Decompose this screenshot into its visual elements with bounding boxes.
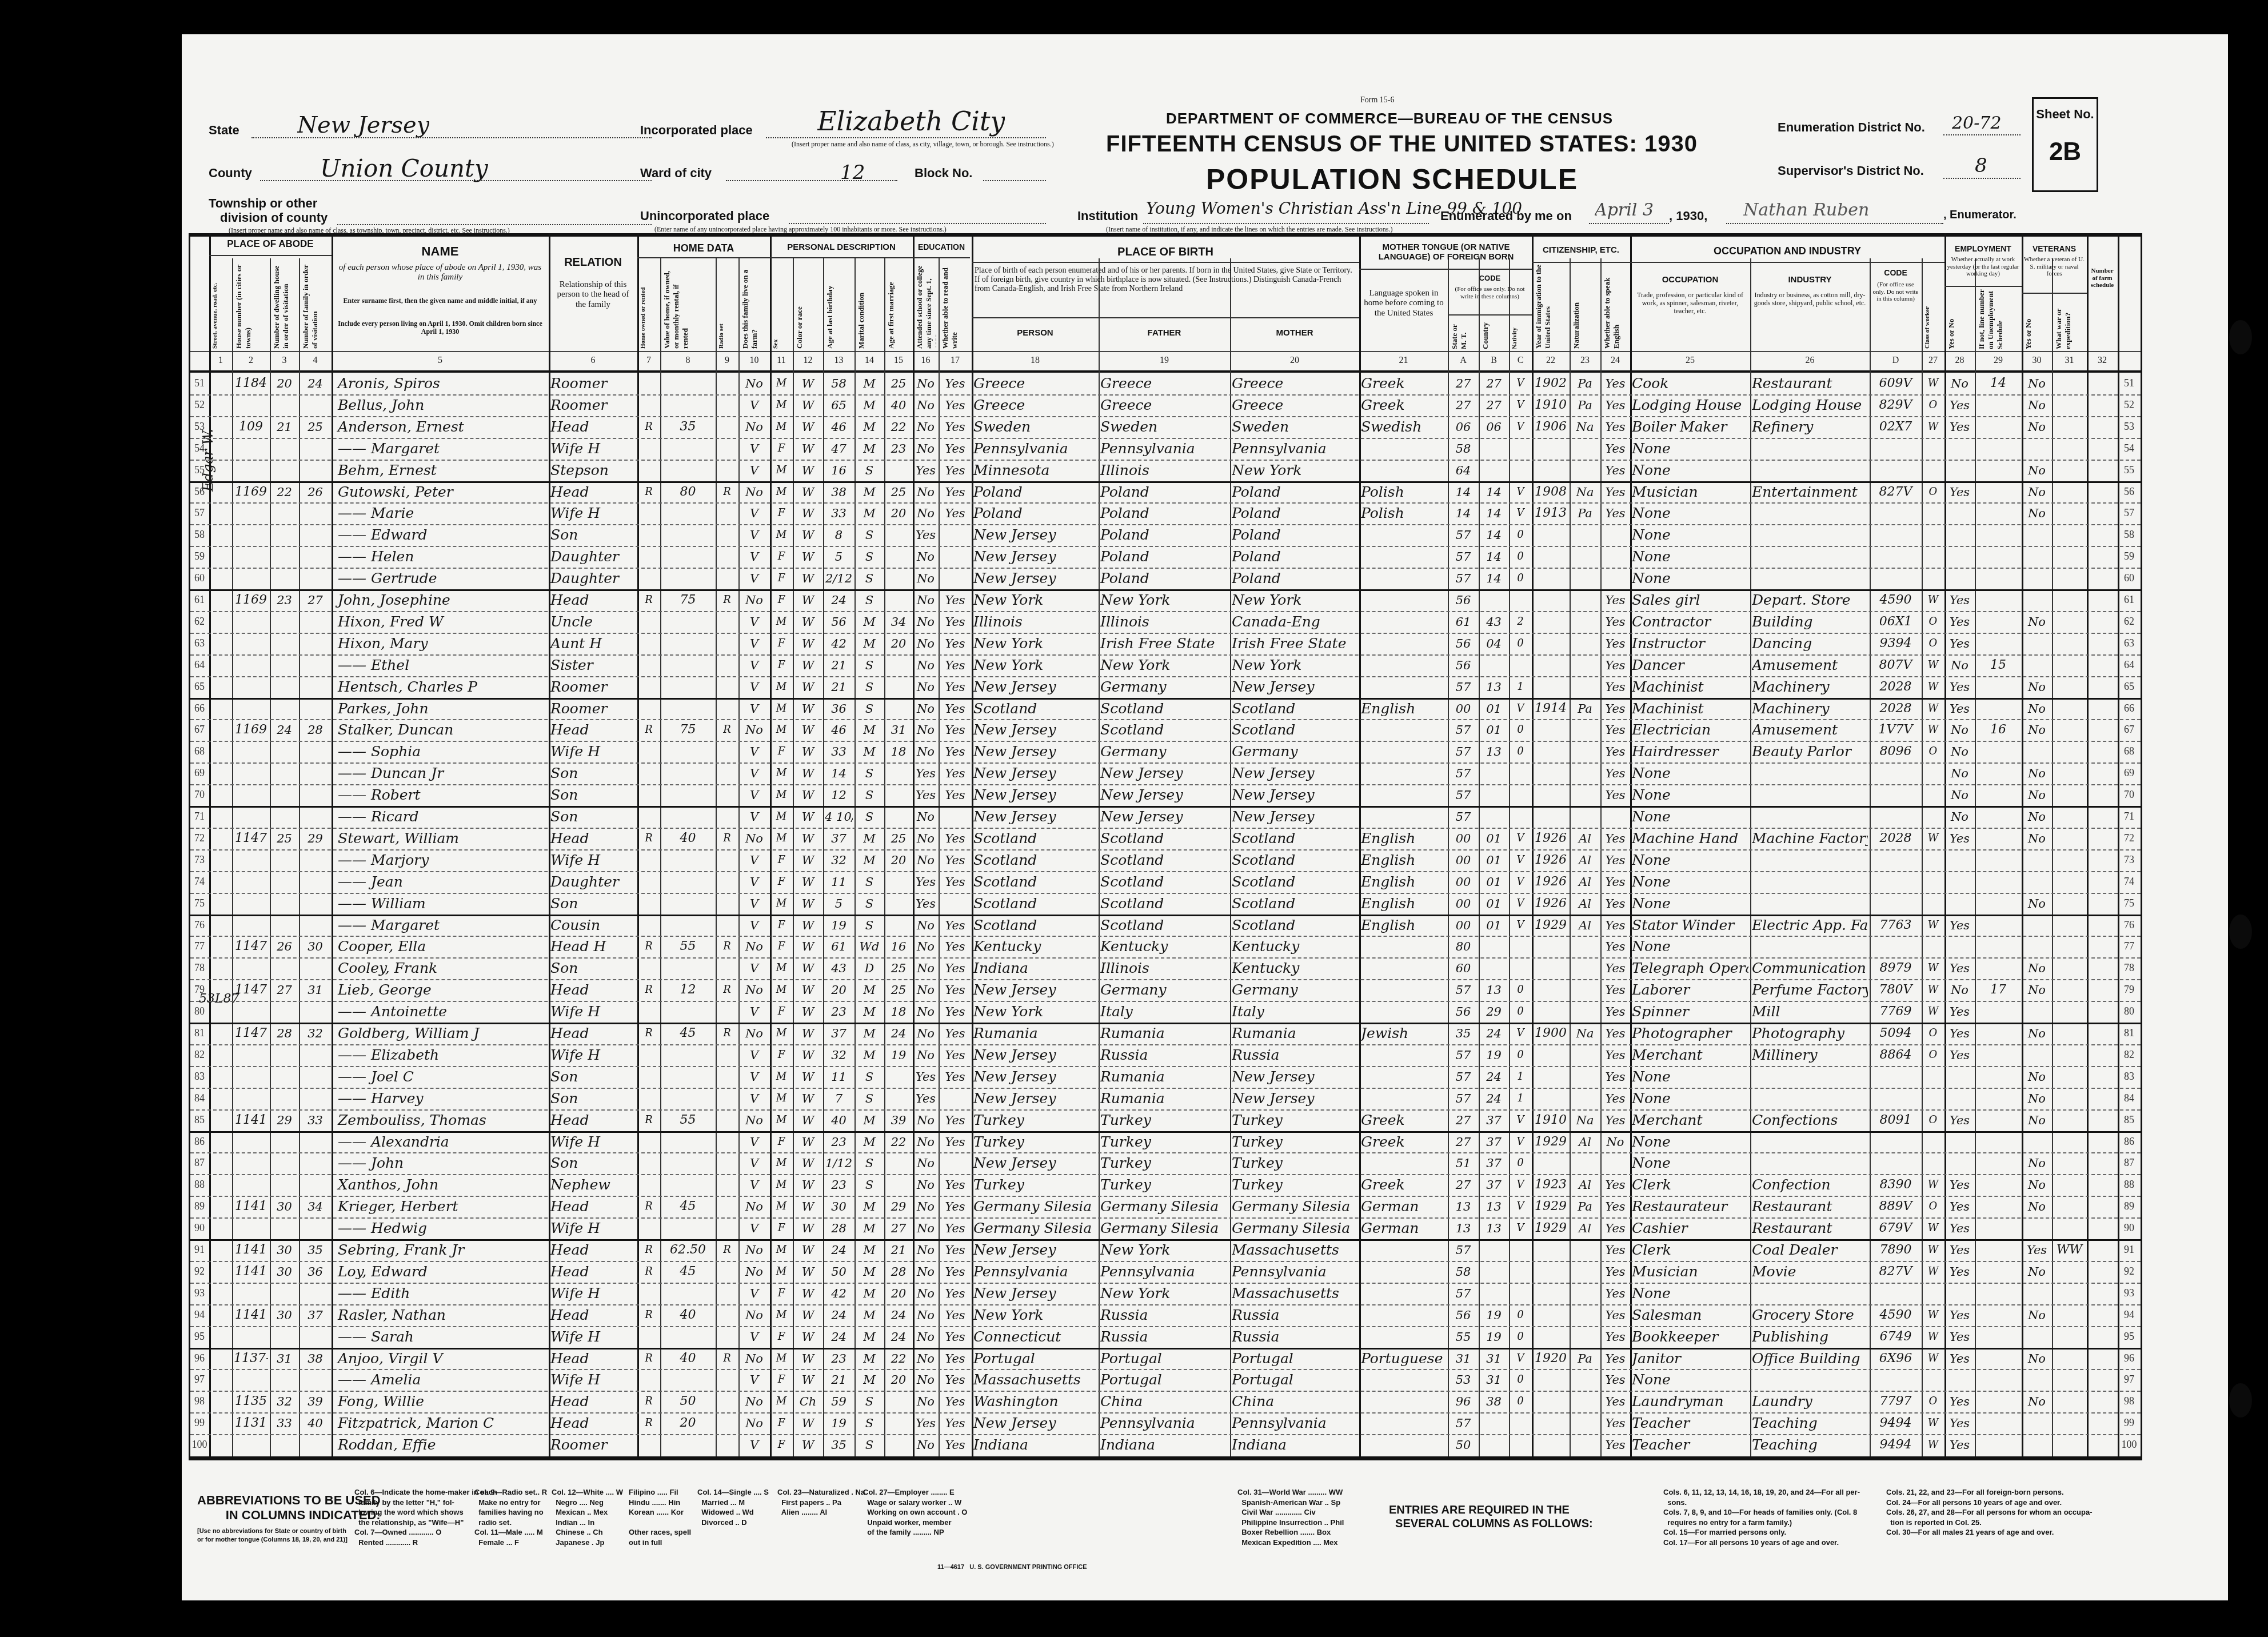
cell-english: Yes — [1602, 1088, 1628, 1109]
cell-age: 11 — [825, 871, 853, 893]
cell-code: 1V7V — [1871, 719, 1920, 741]
cell-marital: S — [856, 589, 883, 611]
cell-dwelling — [271, 806, 297, 828]
cell-relation: Cousin — [550, 915, 636, 936]
cell-unemp — [1976, 460, 2020, 481]
cell-school: No — [915, 1196, 937, 1217]
cell-immig — [1534, 676, 1568, 698]
cell-family: 29 — [301, 828, 330, 849]
cell-age: 21 — [825, 654, 853, 676]
line-number-right: 71 — [2119, 810, 2139, 823]
cell-read: Yes — [940, 915, 970, 936]
cell-dwelling: 33 — [271, 1412, 297, 1434]
cell-mother: New Jersey — [1232, 1088, 1357, 1109]
cell-industry: Laundry — [1752, 1391, 1868, 1412]
cell-age: 7 — [825, 1088, 853, 1109]
cell-work: No — [1946, 654, 1973, 676]
cell-occupation: Sales girl — [1632, 589, 1748, 611]
line-number-right: 72 — [2119, 832, 2139, 844]
cell-read: Yes — [940, 416, 970, 438]
punch-hole — [2229, 1383, 2252, 1418]
line-number: 98 — [190, 1395, 209, 1407]
cell-birth: Germany Silesia — [973, 1217, 1097, 1239]
cell-natur: Pa — [1571, 502, 1599, 524]
cell-sex: M — [772, 394, 791, 416]
line-number-right: 75 — [2119, 897, 2139, 909]
cell-name: —— Harvey — [333, 1088, 552, 1109]
cell-relation: Roomer — [550, 394, 636, 416]
cell-father: Rumania — [1100, 1023, 1228, 1044]
cell-immig — [1534, 1066, 1568, 1088]
line-number-right: 86 — [2119, 1136, 2139, 1148]
cell-read: Yes — [940, 654, 970, 676]
cell-sex: M — [772, 698, 791, 720]
cell-unemp — [1976, 1369, 2020, 1391]
line-number-right: 89 — [2119, 1200, 2139, 1212]
cell-vet: No — [2023, 957, 2050, 979]
cell-occupation: None — [1632, 1152, 1748, 1174]
cell-english: Yes — [1602, 373, 1628, 394]
cell-natur — [1571, 546, 1599, 568]
cell-vet: No — [2023, 1066, 2050, 1088]
block-label: Block No. — [915, 166, 972, 181]
cell-name: Parkes, John — [333, 698, 552, 720]
cell-value: 55 — [662, 1109, 714, 1131]
cell-dwelling — [271, 394, 297, 416]
cell-dwelling — [271, 1066, 297, 1088]
ward-value[interactable]: 12 — [840, 161, 865, 184]
cell-mother: Portugal — [1232, 1369, 1357, 1391]
cell-age-marr: 40 — [886, 394, 911, 416]
cell-father: Sweden — [1100, 416, 1228, 438]
cell-code — [1871, 849, 1920, 871]
cell-occupation: None — [1632, 806, 1748, 828]
cell-mother: Turkey — [1232, 1174, 1357, 1196]
cell-read: Yes — [940, 957, 970, 979]
cell-owned — [639, 893, 658, 915]
cell-age: 23 — [825, 1174, 853, 1196]
cell-marital: M — [856, 1326, 883, 1348]
line-number-right: 57 — [2119, 507, 2139, 519]
cell-B — [1480, 806, 1507, 828]
cell-house: 1141 — [234, 1196, 268, 1217]
cell-house: 1141 — [234, 1109, 268, 1131]
cell-relation: Head — [550, 1109, 636, 1131]
cell-marital: S — [856, 893, 883, 915]
cell-code: 827V — [1871, 1261, 1920, 1283]
cell-read: Yes — [940, 633, 970, 654]
enumeration-date[interactable]: April 3 — [1595, 200, 1654, 220]
enumerator-name[interactable]: Nathan Ruben — [1743, 200, 1869, 220]
line-number-right: 79 — [2119, 984, 2139, 996]
cell-B — [1480, 762, 1507, 784]
cell-mother: Russia — [1232, 1044, 1357, 1066]
cell-marital: M — [856, 1369, 883, 1391]
line-number: 88 — [190, 1179, 209, 1191]
cell-english — [1602, 524, 1628, 546]
column-number: 9 — [716, 356, 738, 366]
cell-name: —— Margaret — [333, 915, 552, 936]
unincorporated-note: (Enter name of any unincorporated place … — [654, 225, 947, 234]
cell-birth: Portugal — [973, 1348, 1097, 1370]
cell-mother: Scotland — [1232, 828, 1357, 849]
cell-mother: New Jersey — [1232, 762, 1357, 784]
cell-owned — [639, 871, 658, 893]
cell-farm: V — [740, 502, 768, 524]
cell-read: Yes — [940, 460, 970, 481]
cell-natur: Pa — [1571, 1348, 1599, 1370]
cell-industry: Teaching — [1752, 1412, 1868, 1434]
cell-vet: No — [2023, 416, 2050, 438]
abbr-col-31: Col. 31—World War ......... WW Spanish-A… — [1237, 1487, 1344, 1547]
cell-dwelling: 26 — [271, 936, 297, 957]
cell-code: 609V — [1871, 373, 1920, 394]
cell-house — [234, 394, 268, 416]
cell-work — [1946, 849, 1973, 871]
cell-A: 56 — [1450, 654, 1477, 676]
cell-vet — [2023, 1434, 2050, 1456]
cell-father: Scotland — [1100, 871, 1228, 893]
group-place-of-abode: PLACE OF ABODE — [209, 239, 332, 250]
cell-class: W — [1923, 698, 1943, 720]
unincorporated-field-line — [789, 223, 1046, 224]
cell-house: 1141 — [234, 1304, 268, 1326]
line-number: 78 — [190, 962, 209, 974]
cell-relation: Wife H — [550, 1283, 636, 1304]
relation-description: Relationship of this person to the head … — [552, 280, 634, 310]
cell-sex: F — [772, 568, 791, 589]
cell-natur — [1571, 1044, 1599, 1066]
cell-sex: M — [772, 828, 791, 849]
cell-dwelling: 22 — [271, 481, 297, 503]
cell-occupation: Cook — [1632, 373, 1748, 394]
cell-occupation: Laborer — [1632, 979, 1748, 1001]
cell-house: 1147 — [234, 936, 268, 957]
line-number-right: 77 — [2119, 940, 2139, 952]
cell-family — [301, 611, 330, 633]
cell-dwelling — [271, 1434, 297, 1456]
sheet-value[interactable]: 2B — [2034, 138, 2097, 166]
cell-unemp — [1976, 394, 2020, 416]
cell-dwelling: 27 — [271, 979, 297, 1001]
cell-marital: S — [856, 1152, 883, 1174]
cell-age: 24 — [825, 589, 853, 611]
column-number: 27 — [1922, 356, 1944, 366]
cell-A: 56 — [1450, 589, 1477, 611]
cell-C — [1511, 957, 1530, 979]
cell-war — [2054, 394, 2085, 416]
line-number-right: 68 — [2119, 745, 2139, 757]
cell-code — [1871, 1152, 1920, 1174]
cell-dwelling — [271, 1369, 297, 1391]
cell-race: W — [794, 1261, 821, 1283]
cell-relation: Son — [550, 762, 636, 784]
cell-immig: 1926 — [1534, 828, 1568, 849]
cell-age: 12 — [825, 784, 853, 806]
cell-occupation: None — [1632, 568, 1748, 589]
line-number: 57 — [190, 507, 209, 519]
cell-birth: New Jersey — [973, 546, 1097, 568]
cell-read: Yes — [940, 1023, 970, 1044]
cell-immig — [1534, 957, 1568, 979]
cell-industry: Dancing — [1752, 633, 1868, 654]
line-number-right: 90 — [2119, 1222, 2139, 1234]
cell-radio — [717, 568, 737, 589]
census-title: FIFTEENTH CENSUS OF THE UNITED STATES: 1… — [1106, 131, 1698, 157]
cell-age: 32 — [825, 849, 853, 871]
cell-dwelling — [271, 1044, 297, 1066]
cell-natur — [1571, 1412, 1599, 1434]
cell-house — [234, 957, 268, 979]
cell-name: Fong, Willie — [333, 1391, 552, 1412]
cell-C: V — [1511, 698, 1530, 720]
cell-owned — [639, 698, 658, 720]
cell-farm: V — [740, 1001, 768, 1023]
line-number-right: 99 — [2119, 1417, 2139, 1429]
cell-school: No — [915, 416, 937, 438]
cell-family — [301, 654, 330, 676]
cell-father: Greece — [1100, 373, 1228, 394]
cell-marital: S — [856, 806, 883, 828]
cell-marital: D — [856, 957, 883, 979]
cell-B: 14 — [1480, 481, 1507, 503]
cell-work — [1946, 936, 1973, 957]
cell-farm: V — [740, 438, 768, 460]
cell-value — [662, 1369, 714, 1391]
cell-class: W — [1923, 676, 1943, 698]
cell-natur: Al — [1571, 1131, 1599, 1153]
cell-school: No — [915, 1239, 937, 1261]
cell-english: Yes — [1602, 460, 1628, 481]
institution-note: (Insert name of institution, if any, and… — [1106, 225, 1392, 234]
cell-value — [662, 957, 714, 979]
state-label: State — [209, 123, 239, 138]
cell-english: Yes — [1602, 1326, 1628, 1348]
cell-name: —— Marjory — [333, 849, 552, 871]
cell-code: 827V — [1871, 481, 1920, 503]
cell-mother: New York — [1232, 589, 1357, 611]
cell-class: O — [1923, 394, 1943, 416]
cell-B: 24 — [1480, 1023, 1507, 1044]
cell-war — [2054, 438, 2085, 460]
cell-occupation: None — [1632, 502, 1748, 524]
cell-school: No — [915, 589, 937, 611]
column-number: C — [1509, 356, 1532, 366]
cell-occupation: None — [1632, 784, 1748, 806]
cell-birth: New Jersey — [973, 1283, 1097, 1304]
cell-read: Yes — [940, 1174, 970, 1196]
cell-tongue — [1361, 546, 1446, 568]
cell-occupation: Machinist — [1632, 698, 1748, 720]
cell-work: Yes — [1946, 589, 1973, 611]
cell-unemp — [1976, 698, 2020, 720]
cell-work — [1946, 1131, 1973, 1153]
cell-father: Russia — [1100, 1326, 1228, 1348]
cell-dwelling — [271, 568, 297, 589]
cell-sex: F — [772, 936, 791, 957]
cell-value: 35 — [662, 416, 714, 438]
cell-war — [2054, 1304, 2085, 1326]
cell-A: 14 — [1450, 481, 1477, 503]
cell-owned — [639, 460, 658, 481]
incorporated-place-value[interactable]: Elizabeth City — [817, 106, 1005, 137]
cell-radio — [717, 524, 737, 546]
cell-code — [1871, 1369, 1920, 1391]
cell-house — [234, 871, 268, 893]
cell-house: 1141 — [234, 1239, 268, 1261]
supervisor-district-value[interactable]: 8 — [1975, 154, 1987, 177]
cell-family — [301, 806, 330, 828]
cell-farm: V — [740, 806, 768, 828]
cell-birth: New Jersey — [973, 1044, 1097, 1066]
cell-marital: M — [856, 502, 883, 524]
cell-owned: R — [639, 1261, 658, 1283]
cell-natur — [1571, 438, 1599, 460]
cell-class — [1923, 502, 1943, 524]
cell-mother: Germany — [1232, 741, 1357, 762]
cell-C: 1 — [1511, 676, 1530, 698]
cell-house: 1169 — [234, 481, 268, 503]
cell-immig — [1534, 1391, 1568, 1412]
cell-industry: Teaching — [1752, 1434, 1868, 1456]
line-number: 66 — [190, 702, 209, 714]
column-number: 29 — [1975, 356, 2022, 366]
cell-read: Yes — [940, 1001, 970, 1023]
cell-work: Yes — [1946, 1326, 1973, 1348]
cell-age-marr — [886, 871, 911, 893]
cell-C — [1511, 589, 1530, 611]
cell-name: Anderson, Ernest — [333, 416, 552, 438]
column-number: 14 — [855, 356, 884, 366]
cell-family — [301, 957, 330, 979]
cell-sex: F — [772, 871, 791, 893]
cell-class: O — [1923, 741, 1943, 762]
cell-A: 53 — [1450, 1369, 1477, 1391]
cell-relation: Head — [550, 1391, 636, 1412]
group-occupation-industry: OCCUPATION AND INDUSTRY — [1630, 246, 1944, 257]
cell-occupation: Machinist — [1632, 676, 1748, 698]
cell-english: No — [1602, 1131, 1628, 1153]
cell-war — [2054, 936, 2085, 957]
cell-birth: Scotland — [973, 893, 1097, 915]
cell-unemp — [1976, 1001, 2020, 1023]
cell-house — [234, 1283, 268, 1304]
cell-tongue — [1361, 741, 1446, 762]
cell-occupation: None — [1632, 893, 1748, 915]
cell-mother: Russia — [1232, 1326, 1357, 1348]
institution-field-line — [1143, 223, 1429, 224]
cell-immig — [1534, 589, 1568, 611]
column-number: 28 — [1944, 356, 1975, 366]
cell-tongue — [1361, 1304, 1446, 1326]
cell-farm: V — [740, 633, 768, 654]
cell-farm: V — [740, 849, 768, 871]
cell-mother: Irish Free State — [1232, 633, 1357, 654]
cell-read: Yes — [940, 698, 970, 720]
cell-owned — [639, 1044, 658, 1066]
state-value[interactable]: New Jersey — [297, 112, 429, 138]
cell-class: W — [1923, 373, 1943, 394]
cell-owned — [639, 1131, 658, 1153]
cell-age-marr — [886, 524, 911, 546]
cell-A: 27 — [1450, 373, 1477, 394]
cell-value — [662, 1152, 714, 1174]
supervisor-district-label: Supervisor's District No. — [1778, 163, 1924, 178]
line-number-right: 78 — [2119, 962, 2139, 974]
cell-house: 1184 — [234, 373, 268, 394]
cell-natur — [1571, 1304, 1599, 1326]
employment-description: Whether actually at work yesterday (or t… — [1946, 256, 2021, 278]
cell-dwelling — [271, 762, 297, 784]
line-number-right: 73 — [2119, 854, 2139, 866]
cell-owned: R — [639, 1348, 658, 1370]
cell-class: W — [1923, 1434, 1943, 1456]
cell-natur: Al — [1571, 849, 1599, 871]
form-number: Form 15-6 — [1360, 96, 1395, 105]
cell-father: Germany — [1100, 979, 1228, 1001]
cell-C: 1 — [1511, 1088, 1530, 1109]
cell-age: 16 — [825, 460, 853, 481]
cell-race: W — [794, 1044, 821, 1066]
cell-work — [1946, 524, 1973, 546]
cell-father: Turkey — [1100, 1109, 1228, 1131]
cell-mother: Canada-Eng — [1232, 611, 1357, 633]
cell-age-marr: 22 — [886, 416, 911, 438]
cell-class — [1923, 546, 1943, 568]
cell-school: No — [915, 373, 937, 394]
cell-value: 12 — [662, 979, 714, 1001]
enumeration-year: , 1930, — [1669, 209, 1707, 223]
cell-race: W — [794, 416, 821, 438]
cell-farm: No — [740, 1304, 768, 1326]
cell-work: Yes — [1946, 394, 1973, 416]
cell-sex: F — [772, 1001, 791, 1023]
cell-age-marr: 24 — [886, 1326, 911, 1348]
cell-C — [1511, 1412, 1530, 1434]
cell-school: Yes — [915, 1066, 937, 1088]
cell-farm: No — [740, 1239, 768, 1261]
cell-mother: Turkey — [1232, 1131, 1357, 1153]
cell-family — [301, 1174, 330, 1196]
cell-vet — [2023, 438, 2050, 460]
cell-read: Yes — [940, 1283, 970, 1304]
cell-farm: V — [740, 1131, 768, 1153]
cell-immig — [1534, 438, 1568, 460]
cell-industry: Restaurant — [1752, 1217, 1868, 1239]
cell-birth: Kentucky — [973, 936, 1097, 957]
cell-radio — [717, 1369, 737, 1391]
cell-unemp — [1976, 1217, 2020, 1239]
county-value[interactable]: Union County — [320, 154, 488, 182]
cell-marital: M — [856, 1023, 883, 1044]
line-number: 73 — [190, 854, 209, 866]
cell-owned — [639, 633, 658, 654]
cell-age: 19 — [825, 915, 853, 936]
cell-industry: Entertainment — [1752, 481, 1868, 503]
cell-house — [234, 784, 268, 806]
cell-name: —— William — [333, 893, 552, 915]
cell-farm: No — [740, 1109, 768, 1131]
cell-father: Scotland — [1100, 828, 1228, 849]
cell-occupation: Stator Winder — [1632, 915, 1748, 936]
cell-A: 00 — [1450, 871, 1477, 893]
enumeration-district-value[interactable]: 20-72 — [1952, 113, 2001, 133]
cell-relation: Wife H — [550, 1131, 636, 1153]
cell-read — [940, 806, 970, 828]
cell-immig: 1913 — [1534, 502, 1568, 524]
cell-mother: Turkey — [1232, 1152, 1357, 1174]
cell-sex: M — [772, 481, 791, 503]
